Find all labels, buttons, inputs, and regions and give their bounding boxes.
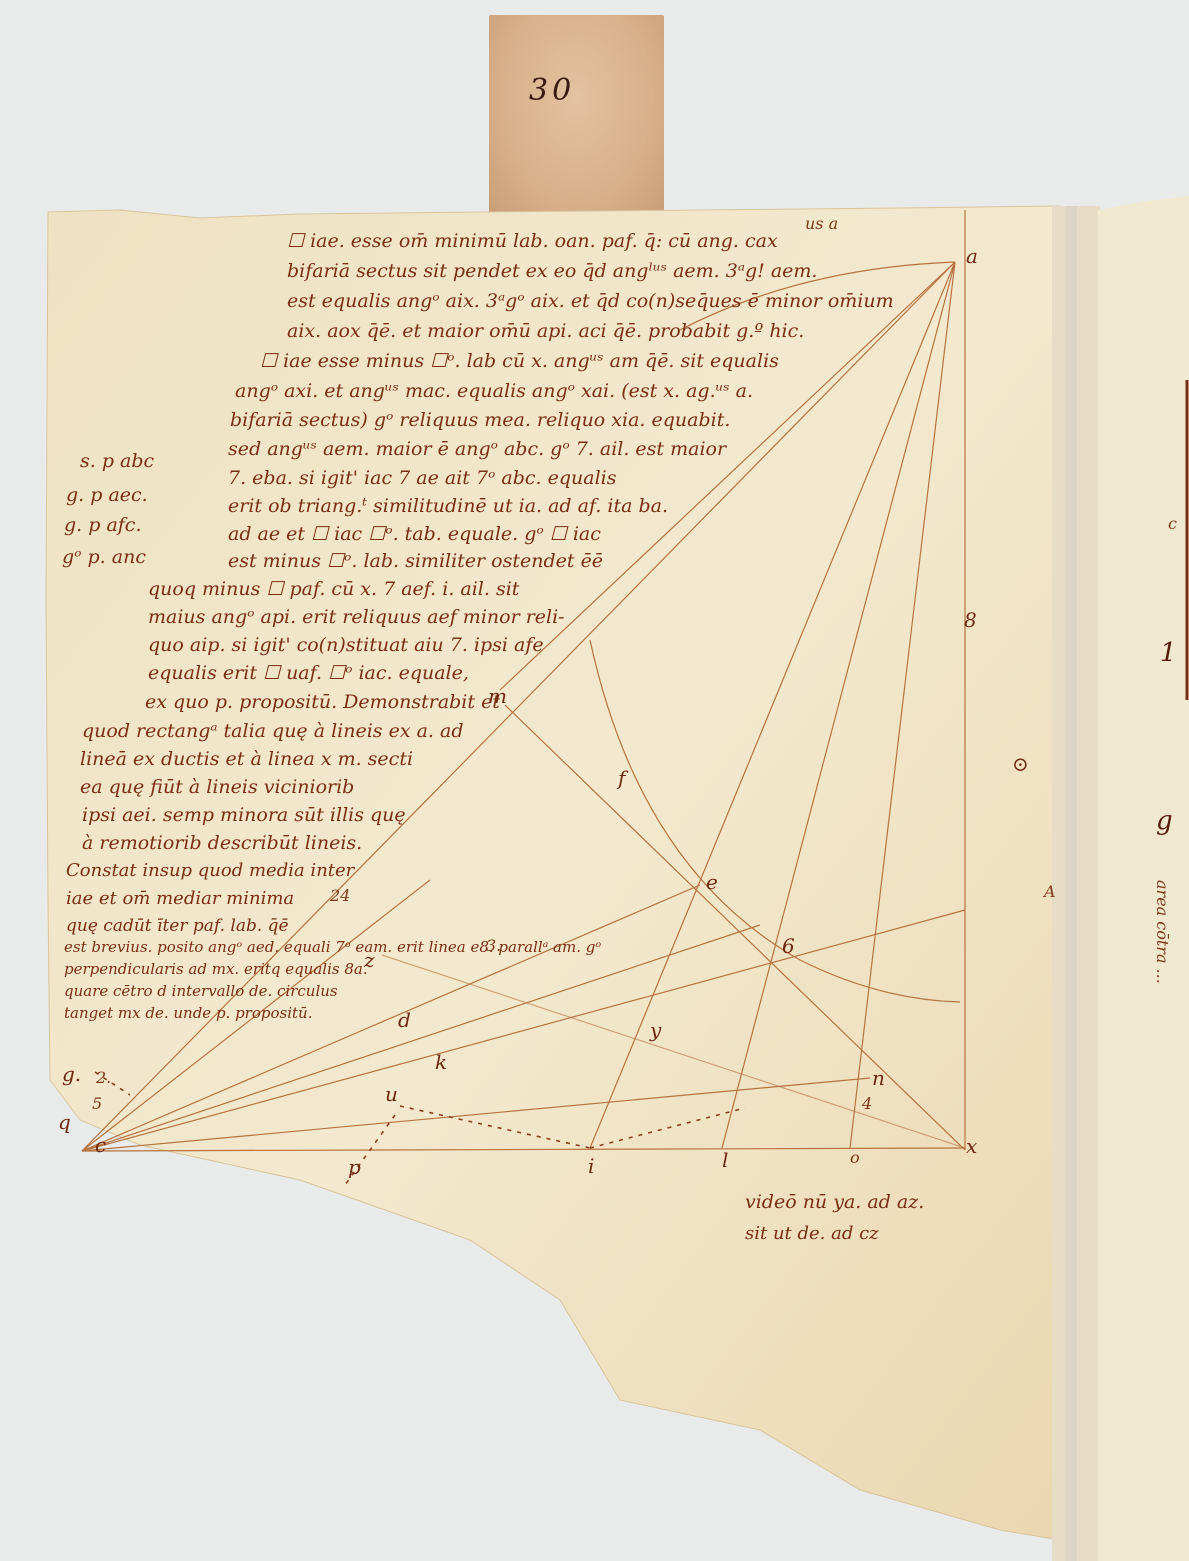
point-label-n: n (872, 1068, 885, 1088)
text-line-3: est equalis angᵒ aix. 3ᵃgᵒ aix. et q̄d c… (287, 292, 894, 311)
lower-text-line-4: est brevius. posito angᵒ aed. equali 7ᵒ … (64, 940, 601, 955)
point-label-3: 3. (486, 938, 501, 954)
point-label-5: 5 (92, 1096, 102, 1112)
point-label-8: 8 (964, 610, 977, 630)
adjacent-mark-1: 1 (1160, 640, 1177, 666)
point-label-k: k (435, 1052, 447, 1072)
point-label-a: a (966, 246, 978, 266)
point-label-e: e (706, 872, 718, 892)
text-line-4: aix. aox q̄ē. et maior om̄ū api. aci q̄ē… (287, 322, 804, 341)
text-line-22: à remotiorib describūt lineis. (82, 834, 362, 853)
point-label-2: 2. (96, 1070, 111, 1086)
bottom-note-2: sit ut de. ad cz (745, 1225, 879, 1243)
text-line-12: est minus ☐ᵒ. lab. similiter ostendet ēē (228, 552, 603, 571)
text-line-1: ☐ iae. esse om̄ minimū lab. oan. paf. q̄… (287, 232, 778, 251)
adjacent-mark-text: area cōtra ... (1154, 880, 1170, 984)
point-label-i: i (588, 1156, 594, 1176)
point-label-24: 24 (330, 888, 350, 904)
point-label-f: f (618, 768, 625, 788)
point-label-4: 4 (862, 1096, 872, 1112)
margin-note-4: gᵒ p. anc (62, 548, 146, 567)
text-line-8: sed angᵘˢ aem. maior ē angᵒ abc. gᵒ 7. a… (228, 440, 726, 459)
margin-note-2: g. p aec. (66, 486, 148, 505)
text-line-9: 7. eba. si igit' iac 7 ae ait 7ᵒ abc. eq… (228, 469, 617, 488)
margin-note-1: s. p abc (80, 452, 154, 471)
lower-text-line-1: Constat insup quod media inter (66, 862, 354, 880)
point-label-u: u (385, 1084, 398, 1104)
point-label-z: z (364, 950, 375, 970)
point-label-m: m (488, 686, 507, 706)
adjacent-mark-g: g (1156, 808, 1173, 834)
text-line-20: ea quę fiūt à lineis viciniorib (80, 778, 354, 797)
lower-text-line-3: quę cadūt īter paf. lab. q̄ē (66, 918, 289, 935)
margin-note-3: g. p afc. (64, 516, 141, 535)
point-label-q: q (58, 1112, 71, 1132)
text-line-2: bifariā sectus sit pendet ex eo q̄d angˡ… (287, 262, 817, 281)
lower-text-line-6: quare cētro d intervallo de. circulus (64, 984, 338, 999)
text-line-6: angᵒ axi. et angᵘˢ mac. equalis angᵒ xai… (235, 382, 753, 401)
text-line-14: maius angᵒ api. erit reliquus aef minor … (148, 608, 565, 627)
text-line-7: bifariā sectus) gᵒ reliquus mea. reliquo… (230, 411, 730, 430)
lower-text-line-2: iae et om̄ mediar minima (66, 890, 294, 908)
text-line-10: erit ob triang.ᵗ similitudinē ut ia. ad … (228, 497, 668, 516)
text-line-16: equalis erit ☐ uaf. ☐ᵒ iac. equale, (148, 664, 469, 683)
point-label-x: x (966, 1136, 977, 1156)
text-line-15: quo aip. si igit' co(n)stituat aiu 7. ip… (148, 636, 544, 655)
text-line-19: lineā ex ductis et à linea x m. secti (80, 750, 413, 769)
text-line-5: ☐ iae esse minus ☐ᵒ. lab cū x. angᵘˢ am … (260, 352, 779, 371)
adjacent-page (1098, 196, 1189, 1561)
point-label-l: l (722, 1150, 728, 1170)
text-line-21: ipsi aei. semp minora sūt illis quę (82, 806, 406, 825)
text-line-17: ex quo p. propositū. Demonstrabit et (145, 693, 500, 712)
text-line-13: quoq minus ☐ paf. cū x. 7 aef. i. ail. s… (148, 580, 519, 599)
point-label-o: o (850, 1150, 860, 1166)
point-label-g: g. (62, 1064, 81, 1084)
point-label-d: d (398, 1010, 411, 1030)
point-label-6: 6 (782, 936, 795, 956)
point-label-delta: A (1044, 884, 1056, 900)
lower-text-line-7: tanget mx de. unde p. propositū. (64, 1006, 312, 1021)
superscript-note: us a (805, 216, 838, 232)
text-line-11: ad ae et ☐ iac ☐ᵒ. tab. equale. gᵒ ☐ iac (228, 525, 601, 544)
point-label-c: c (95, 1135, 106, 1155)
point-label-y: y (650, 1020, 661, 1040)
point-label-p: p (348, 1157, 361, 1177)
adjacent-mark-c: c (1168, 516, 1177, 532)
lower-text-line-5: perpendicularis ad mx. eritq equalis 8a. (64, 962, 368, 977)
bottom-note-1: videō nū ya. ad az. (745, 1193, 924, 1212)
text-line-18: quod rectangᵃ talia quę à lineis ex a. a… (82, 722, 463, 741)
point-label-theta: ⊙ (1012, 754, 1029, 774)
